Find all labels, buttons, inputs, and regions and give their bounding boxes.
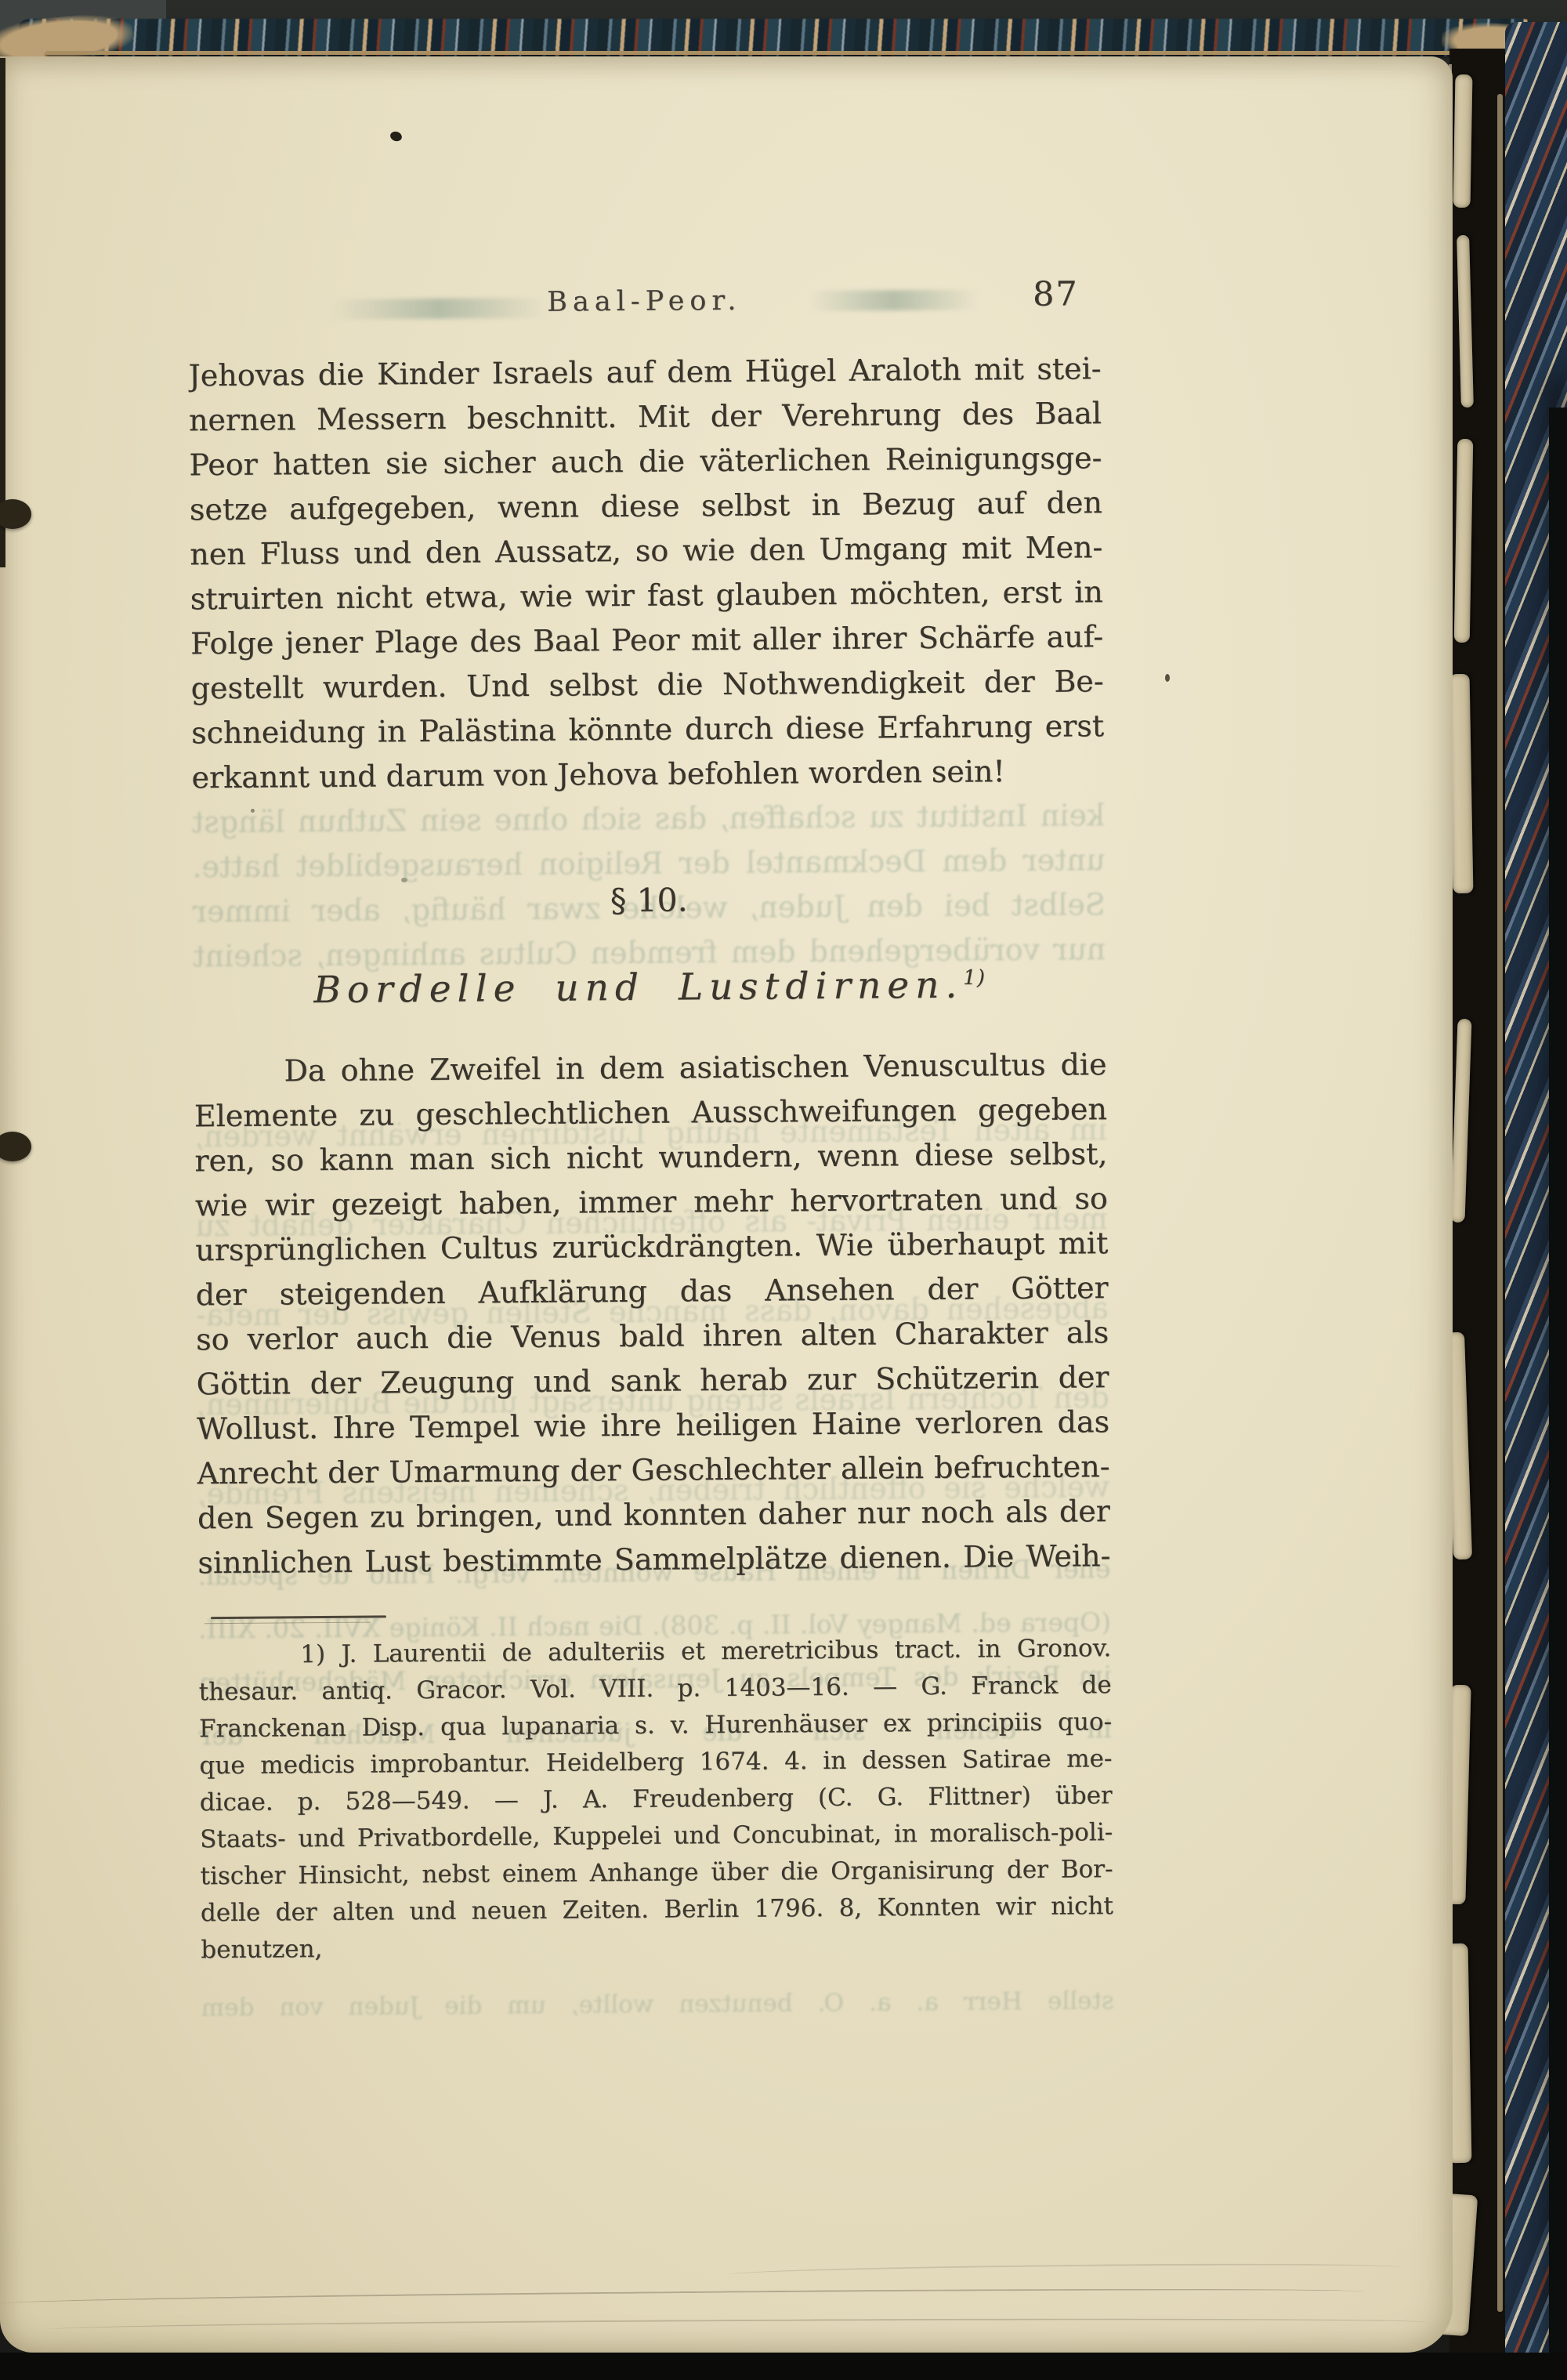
chapter-heading: Bordelle und Lustdirnen.1)	[193, 962, 1106, 1012]
text-line: Elemente zu geschlechtlichen Ausschweifu…	[194, 1087, 1107, 1139]
text-line: so verlor auch die Venus bald ihren alte…	[196, 1310, 1109, 1362]
footnote: 1) J. Laurentii de adulteriis et meretri…	[198, 1630, 1113, 1969]
page-stack-sliver	[1449, 674, 1474, 893]
scanner-background-bottom	[0, 2353, 1567, 2380]
text-line: Da ohne Zweifel in dem asiatischen Venus…	[194, 1042, 1106, 1094]
scanner-background-right	[1549, 408, 1567, 2380]
printed-text-layer: kein Institut zu schaffen, das sich ohne…	[0, 51, 1460, 2358]
page-stack-sliver	[1453, 74, 1473, 208]
bleedthrough-text-block: stelle Herr a. a. O. benutzen wollte, um…	[201, 1983, 1114, 2027]
page-number: 87	[1033, 274, 1079, 313]
text-line: Göttin der Zeugung und sank herab zur Sc…	[196, 1355, 1109, 1407]
footnote-line: benutzen,	[201, 1925, 1113, 1969]
text-line: nernen Messern beschnitt. Mit der Verehr…	[189, 391, 1102, 443]
chapter-heading-text: Bordelle und Lustdirnen.	[313, 964, 963, 1012]
text-line: ren, so kann man sich nicht wundern, wen…	[194, 1132, 1107, 1183]
text-line: Anrecht der Umarmung der Geschlechter al…	[197, 1444, 1109, 1496]
cover-edge-tan-line	[1497, 94, 1503, 2312]
text-line: den Segen zu bringen, und konnten daher …	[197, 1489, 1110, 1541]
bleedthrough-line: kein Institut zu schaffen, das sich ohne…	[192, 793, 1105, 845]
book-page: kein Institut zu schaffen, das sich ohne…	[0, 56, 1453, 2353]
text-line: struirten nicht etwa, wie wir fast glaub…	[190, 570, 1103, 621]
body-paragraph: Jehovas die Kinder Israels auf dem Hügel…	[188, 346, 1104, 800]
section-mark: § 10.	[193, 878, 1106, 922]
page-header: Baal-Peor. 87	[188, 282, 1101, 330]
text-line: wie wir gezeigt haben, immer mehr hervor…	[195, 1176, 1108, 1228]
text-line: setze aufgegeben, wenn diese selbst in B…	[190, 480, 1102, 532]
running-title: Baal-Peor.	[188, 282, 1101, 321]
footnote-reference: 1)	[963, 966, 986, 990]
text-line: erkannt und darum von Jehova befohlen wo…	[191, 748, 1104, 800]
text-line: Folge jener Plage des Baal Peor mit alle…	[190, 614, 1103, 666]
scanned-book-photo: { "document": { "header": { "title": "Ba…	[0, 0, 1567, 2380]
body-paragraph: Da ohne Zweifel in dem asiatischen Venus…	[194, 1042, 1110, 1585]
text-line: Jehovas die Kinder Israels auf dem Hügel…	[188, 346, 1101, 398]
text-line: gestellt wurden. Und selbst die Nothwend…	[190, 659, 1103, 711]
text-line: schneidung in Palästina könnte durch die…	[191, 704, 1104, 755]
text-line: ursprünglichen Cultus zurückdrängten. Wi…	[195, 1221, 1108, 1273]
text-line: nen Fluss und den Aussatz, so wie den Um…	[190, 525, 1102, 577]
text-line: der steigenden Aufklärung das Ansehen de…	[196, 1266, 1109, 1317]
text-line: sinnlichen Lust bestimmte Sammelplätze d…	[197, 1534, 1110, 1585]
footnote-line: delle der alten und neuen Zeiten. Berlin…	[201, 1888, 1113, 1932]
bleedthrough-line: stelle Herr a. a. O. benutzen wollte, um…	[201, 1983, 1114, 2027]
text-line: Peor hatten sie sicher auch die väterlic…	[189, 436, 1102, 487]
text-line: Wollust. Ihre Tempel wie ihre heiligen H…	[197, 1400, 1109, 1451]
